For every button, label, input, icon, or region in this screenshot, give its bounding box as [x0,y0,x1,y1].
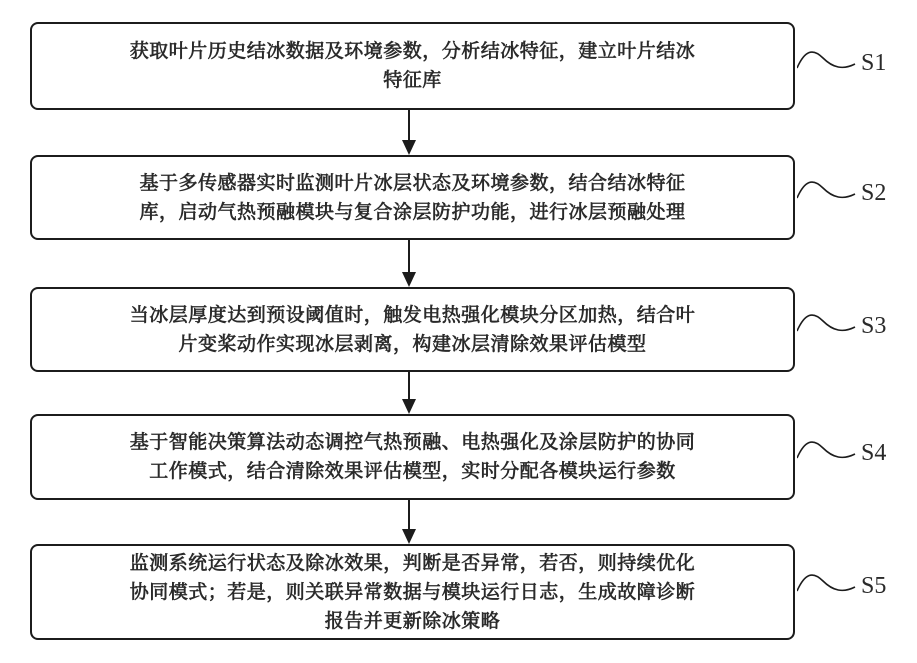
step1-text-line: 特征库 [383,66,442,95]
step2-reference: S2 [797,172,886,212]
step3-text-line: 当冰层厚度达到预设阈值时，触发电热强化模块分区加热，结合叶 [130,301,696,330]
step-label: S1 [861,50,886,77]
step-label: S5 [861,573,886,600]
connector-squiggle-icon [797,172,859,212]
step-label: S2 [861,180,886,207]
step3-text-line: 片变桨动作实现冰层剥离，构建冰层清除效果评估模型 [178,330,646,359]
flowchart-box-step2: 基于多传感器实时监测叶片冰层状态及环境参数，结合结冰特征 库，启动气热预融模块与… [30,155,795,240]
connector-squiggle-icon [797,432,859,472]
connector-squiggle-icon [797,305,859,345]
down-arrow-icon [401,110,417,155]
down-arrow-icon [401,500,417,544]
flowchart-box-step5: 监测系统运行状态及除冰效果，判断是否异常，若否，则持续优化 协同模式；若是，则关… [30,544,795,640]
step1-reference: S1 [797,42,886,82]
connector-squiggle-icon [797,42,859,82]
flowchart-box-step4: 基于智能决策算法动态调控气热预融、电热强化及涂层防护的协同 工作模式，结合清除效… [30,414,795,500]
step4-text-line: 工作模式，结合清除效果评估模型，实时分配各模块运行参数 [149,457,676,486]
connector-squiggle-icon [797,565,859,605]
down-arrow-icon [401,240,417,287]
step5-text-line: 协同模式；若是，则关联异常数据与模块运行日志，生成故障诊断 [130,578,696,607]
flowchart-box-step3: 当冰层厚度达到预设阈值时，触发电热强化模块分区加热，结合叶 片变桨动作实现冰层剥… [30,287,795,372]
step4-text-line: 基于智能决策算法动态调控气热预融、电热强化及涂层防护的协同 [130,428,696,457]
step2-text-line: 库，启动气热预融模块与复合涂层防护功能，进行冰层预融处理 [139,198,685,227]
step5-text-line: 报告并更新除冰策略 [325,607,501,636]
flowchart-box-step1: 获取叶片历史结冰数据及环境参数，分析结冰特征，建立叶片结冰 特征库 [30,22,795,110]
step2-text-line: 基于多传感器实时监测叶片冰层状态及环境参数，结合结冰特征 [139,169,685,198]
step5-reference: S5 [797,565,886,605]
step4-reference: S4 [797,432,886,472]
flowchart-figure: 获取叶片历史结冰数据及环境参数，分析结冰特征，建立叶片结冰 特征库 S1 基于多… [0,0,917,663]
step-label: S3 [861,313,886,340]
down-arrow-icon [401,372,417,414]
step3-reference: S3 [797,305,886,345]
step5-text-line: 监测系统运行状态及除冰效果，判断是否异常，若否，则持续优化 [130,549,696,578]
step-label: S4 [861,440,886,467]
step1-text-line: 获取叶片历史结冰数据及环境参数，分析结冰特征，建立叶片结冰 [130,37,696,66]
